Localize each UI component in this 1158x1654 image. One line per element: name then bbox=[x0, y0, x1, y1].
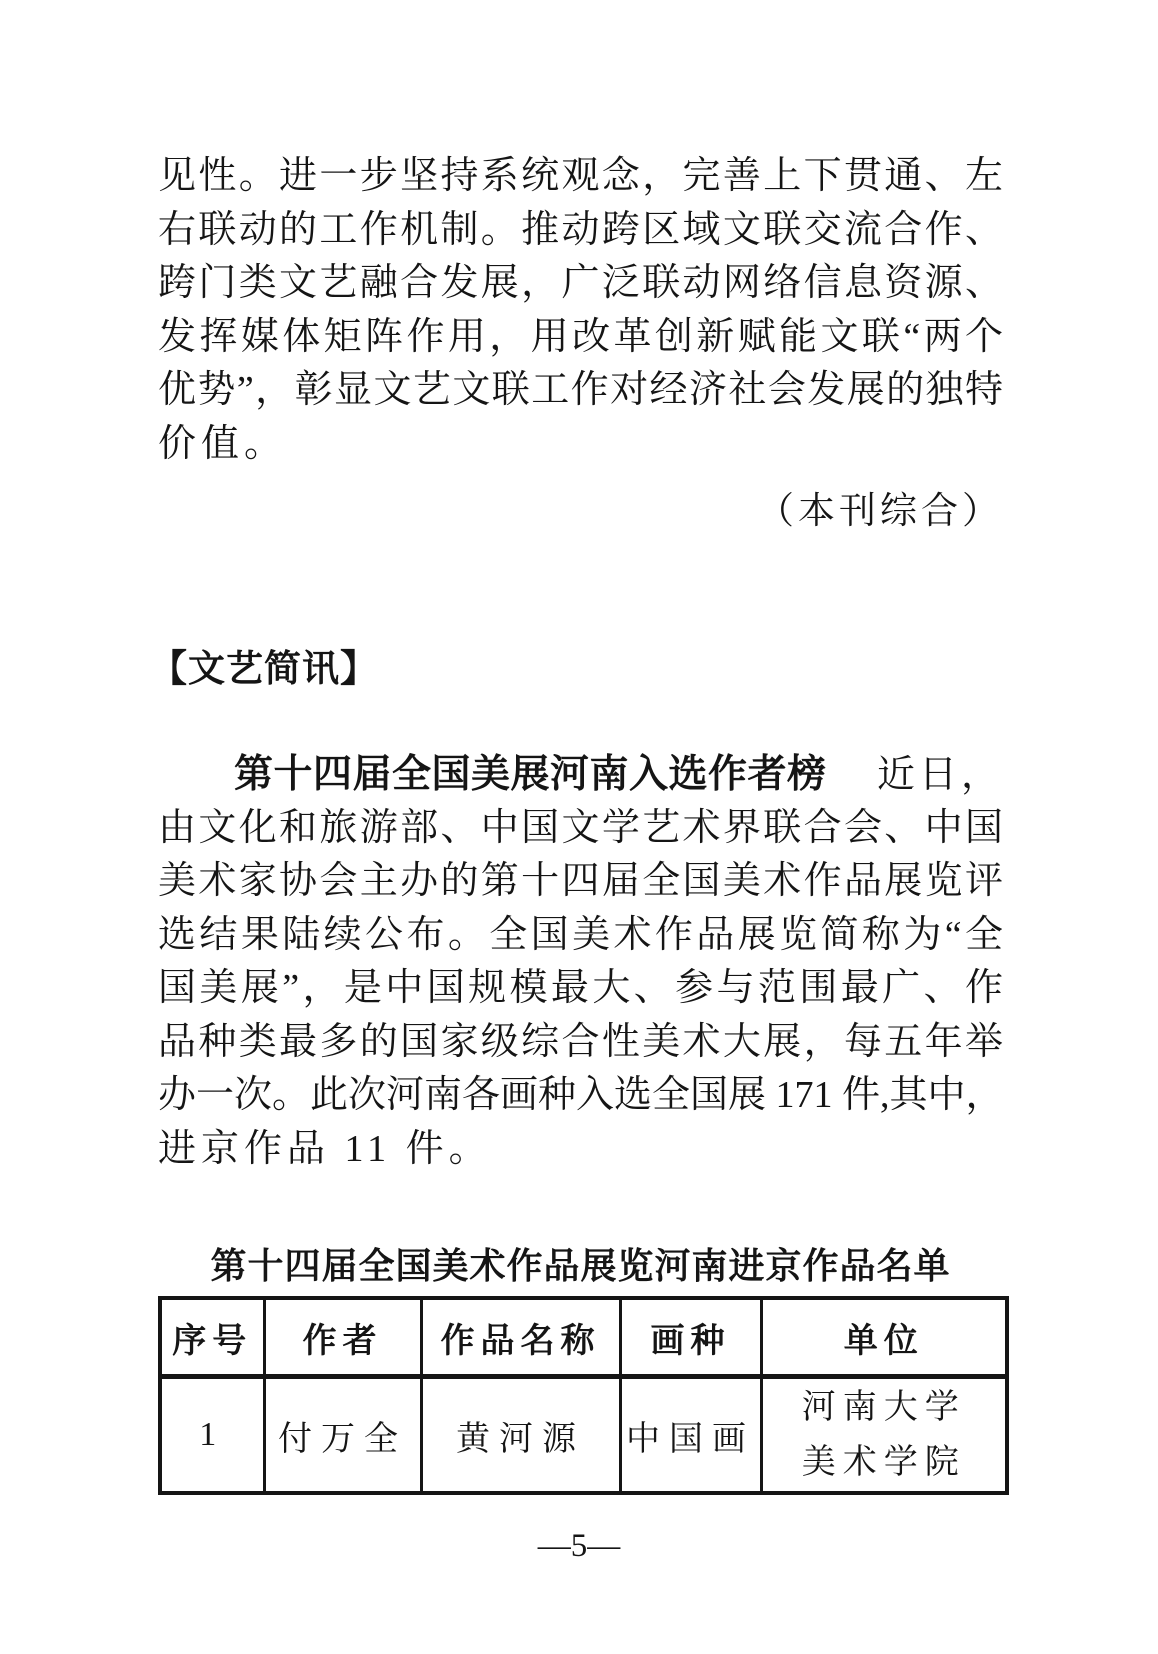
cell-no: 1 bbox=[160, 1377, 264, 1494]
cell-category: 中国画 bbox=[620, 1377, 761, 1494]
text-line: 进京作品 11 件。 bbox=[158, 1123, 1003, 1177]
page-number: —5— bbox=[0, 1528, 1158, 1565]
text-line: 右联动的工作机制。推动跨区域文联交流合作、 bbox=[158, 204, 1003, 258]
text-line: 优势”，彰显文艺文联工作对经济社会发展的独特 bbox=[158, 364, 1003, 418]
text-line: 美术家协会主办的第十四届全国美术作品展览评 bbox=[158, 855, 1003, 909]
cell-work: 黄河源 bbox=[421, 1377, 620, 1494]
byline: （本刊综合） bbox=[158, 480, 1003, 534]
col-header-work: 作品名称 bbox=[421, 1298, 620, 1377]
cell-author: 付万全 bbox=[264, 1377, 421, 1494]
text-line: 选结果陆续公布。全国美术作品展览简称为“全 bbox=[158, 909, 1003, 963]
unit-line-2: 美术学院 bbox=[763, 1435, 1006, 1490]
article-title: 第十四届全国美展河南入选作者榜 bbox=[234, 748, 827, 802]
col-header-unit: 单位 bbox=[761, 1298, 1007, 1377]
col-header-author: 作者 bbox=[264, 1298, 421, 1377]
text-line: 国美展”，是中国规模最大、参与范围最广、作 bbox=[158, 962, 1003, 1016]
section-header: 【文艺简讯】 bbox=[150, 638, 378, 692]
document-page: 见性。进一步坚持系统观念，完善上下贯通、左 右联动的工作机制。推动跨区域文联交流… bbox=[0, 0, 1158, 1654]
col-header-category: 画种 bbox=[620, 1298, 761, 1377]
text-line: 见性。进一步坚持系统观念，完善上下贯通、左 bbox=[158, 150, 1003, 204]
text-line: 价值。 bbox=[158, 418, 1003, 472]
text-line: 发挥媒体矩阵作用，用改革创新赋能文联“两个 bbox=[158, 311, 1003, 365]
text-line: 跨门类文艺融合发展，广泛联动网络信息资源、 bbox=[158, 257, 1003, 311]
body-paragraph-1: 见性。进一步坚持系统观念，完善上下贯通、左 右联动的工作机制。推动跨区域文联交流… bbox=[158, 150, 1003, 471]
article-title-tail: 近日， bbox=[877, 749, 1003, 803]
table-header-row: 序号 作者 作品名称 画种 单位 bbox=[160, 1298, 1007, 1377]
text-line: 由文化和旅游部、中国文学艺术界联合会、中国 bbox=[158, 802, 1003, 856]
table-title: 第十四届全国美术作品展览河南进京作品名单 bbox=[158, 1238, 1003, 1289]
body-paragraph-2: 第十四届全国美展河南入选作者榜 近日， 由文化和旅游部、中国文学艺术界联合会、中… bbox=[158, 748, 1003, 1176]
col-header-no: 序号 bbox=[160, 1298, 264, 1377]
winners-table: 序号 作者 作品名称 画种 单位 1 付万全 黄河源 中国画 河南大学 美术学院 bbox=[158, 1296, 1009, 1495]
text-line: 办一次。此次河南各画种入选全国展 171 件,其中， bbox=[158, 1069, 1003, 1123]
unit-line-1: 河南大学 bbox=[763, 1380, 1006, 1435]
article-title-line: 第十四届全国美展河南入选作者榜 近日， bbox=[158, 748, 1003, 802]
text-line: 品种类最多的国家级综合性美术大展，每五年举 bbox=[158, 1016, 1003, 1070]
cell-unit: 河南大学 美术学院 bbox=[761, 1377, 1007, 1494]
table-row: 1 付万全 黄河源 中国画 河南大学 美术学院 bbox=[160, 1377, 1007, 1494]
